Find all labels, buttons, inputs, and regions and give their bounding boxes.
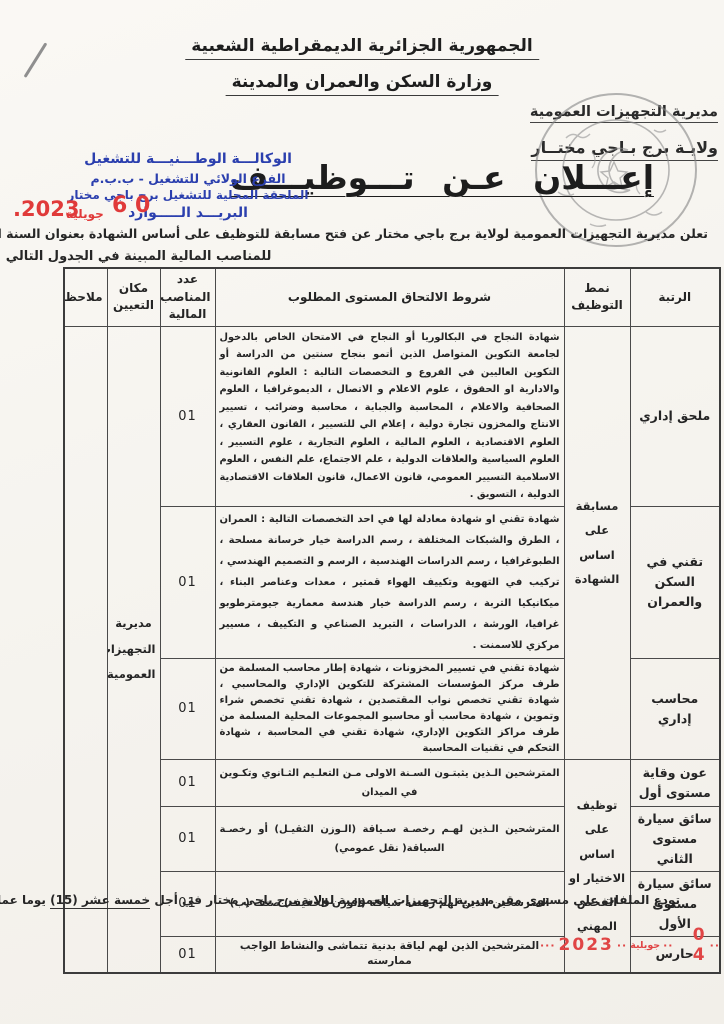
header-mode: نمط التوظيف bbox=[564, 268, 630, 326]
requirements-cell: المترشحين الـذين يثبتـون السـنة الاولى م… bbox=[215, 759, 564, 806]
bottom-date-stamp: ·· 0 4 ·· جويلية ·· 2023 ··· bbox=[540, 925, 720, 965]
stamp-month: جويلية bbox=[630, 940, 660, 951]
submission-note-part1: تودع الملفات على مستوى مقر مديرية التجهي… bbox=[150, 893, 680, 907]
intro-line-2: للمناصب المالية المبينة في الجدول التالي… bbox=[0, 249, 271, 264]
note-cell bbox=[64, 326, 107, 973]
header-positions: عدد المناصب المالية bbox=[160, 268, 215, 326]
count-cell: 01 bbox=[160, 506, 215, 658]
requirements-cell: المترشحين الـذين لهـم رخصـة سـياقة (الـو… bbox=[215, 806, 564, 871]
count-cell: 01 bbox=[160, 806, 215, 871]
received-date-month: جويلية bbox=[66, 207, 104, 221]
anem-line-agency: الوكالـــة الوطـــنيـــة للتشغيل bbox=[38, 150, 338, 170]
anem-line-branch: الفرع الولائي للتشغيل - ب.ب.م bbox=[38, 170, 338, 188]
location-cell: مديرية التجهيزات العمومية bbox=[107, 326, 160, 973]
stamp-dots: ··· bbox=[540, 939, 556, 952]
republic-header: الجمهورية الجزائرية الديمقراطية الشعبية bbox=[185, 36, 539, 60]
mode-group-certificate: مسابقة على اساس الشهادة bbox=[564, 326, 630, 759]
stamp-dots: ·· bbox=[617, 939, 627, 952]
count-cell: 01 bbox=[160, 326, 215, 506]
scanned-job-announcement-document: الجمهورية الجزائرية الديمقراطية الشعبية … bbox=[0, 0, 724, 1024]
ministry-header: وزارة السكن والعمران والمدينة bbox=[226, 72, 499, 96]
submission-days: خمسة عشر (15) bbox=[50, 893, 150, 909]
stamp-dots: ·· bbox=[663, 939, 673, 952]
count-cell: 01 bbox=[160, 936, 215, 973]
header-rank: الرتبة bbox=[630, 268, 720, 326]
submission-note-part2: يوما عمل ابتداءا من يوم bbox=[0, 893, 50, 907]
stamp-dots: ·· bbox=[710, 939, 720, 952]
anem-line-annex: الملحقة المحلية للتشغيل برج باجي مختار bbox=[38, 187, 338, 204]
rank-cell: تقني في السكن والعمران bbox=[630, 506, 720, 658]
positions-table: الرتبة نمط التوظيف شروط الالتحاق المستوى… bbox=[63, 267, 721, 974]
stamp-day: 0 4 bbox=[676, 925, 706, 965]
table-row: عون وقاية مستوى أول توظيف على اساس الاخت… bbox=[64, 759, 720, 806]
header-location: مكان التعيين bbox=[107, 268, 160, 326]
table-row: ملحق إداري مسابقة على اساس الشهادة شهادة… bbox=[64, 326, 720, 506]
table-header-row: الرتبة نمط التوظيف شروط الالتحاق المستوى… bbox=[64, 268, 720, 326]
received-date-day: 0 6 bbox=[112, 193, 150, 218]
handwritten-tick-mark bbox=[24, 42, 47, 77]
rank-cell: عون وقاية مستوى أول bbox=[630, 759, 720, 806]
intro-line-1: تعلن مديرية التجهيزات العمومية لولاية بر… bbox=[0, 226, 708, 241]
requirements-cell: شهادة تقني او شهادة معادلة لها في احد ال… bbox=[215, 506, 564, 658]
stamp-year: 2023 bbox=[559, 935, 614, 955]
requirements-cell: شهادة النجاح في البكالوريا أو النجاح في … bbox=[215, 326, 564, 506]
rank-cell: محاسب إداري bbox=[630, 658, 720, 759]
requirements-cell: شهادة تقني في تسيير المخزونات ، شهادة إط… bbox=[215, 658, 564, 759]
header-note: ملاحظة bbox=[64, 268, 107, 326]
count-cell: 01 bbox=[160, 658, 215, 759]
header-requirements: شروط الالتحاق المستوى المطلوب bbox=[215, 268, 564, 326]
rank-cell: ملحق إداري bbox=[630, 326, 720, 506]
submission-note: تودع الملفات على مستوى مقر مديرية التجهي… bbox=[0, 893, 680, 907]
requirements-cell: المترشحين الذين لهم لياقة بدنية تتماشى و… bbox=[215, 936, 564, 973]
rank-cell: سائق سيارة مستوى الثاني bbox=[630, 806, 720, 871]
count-cell: 01 bbox=[160, 759, 215, 806]
